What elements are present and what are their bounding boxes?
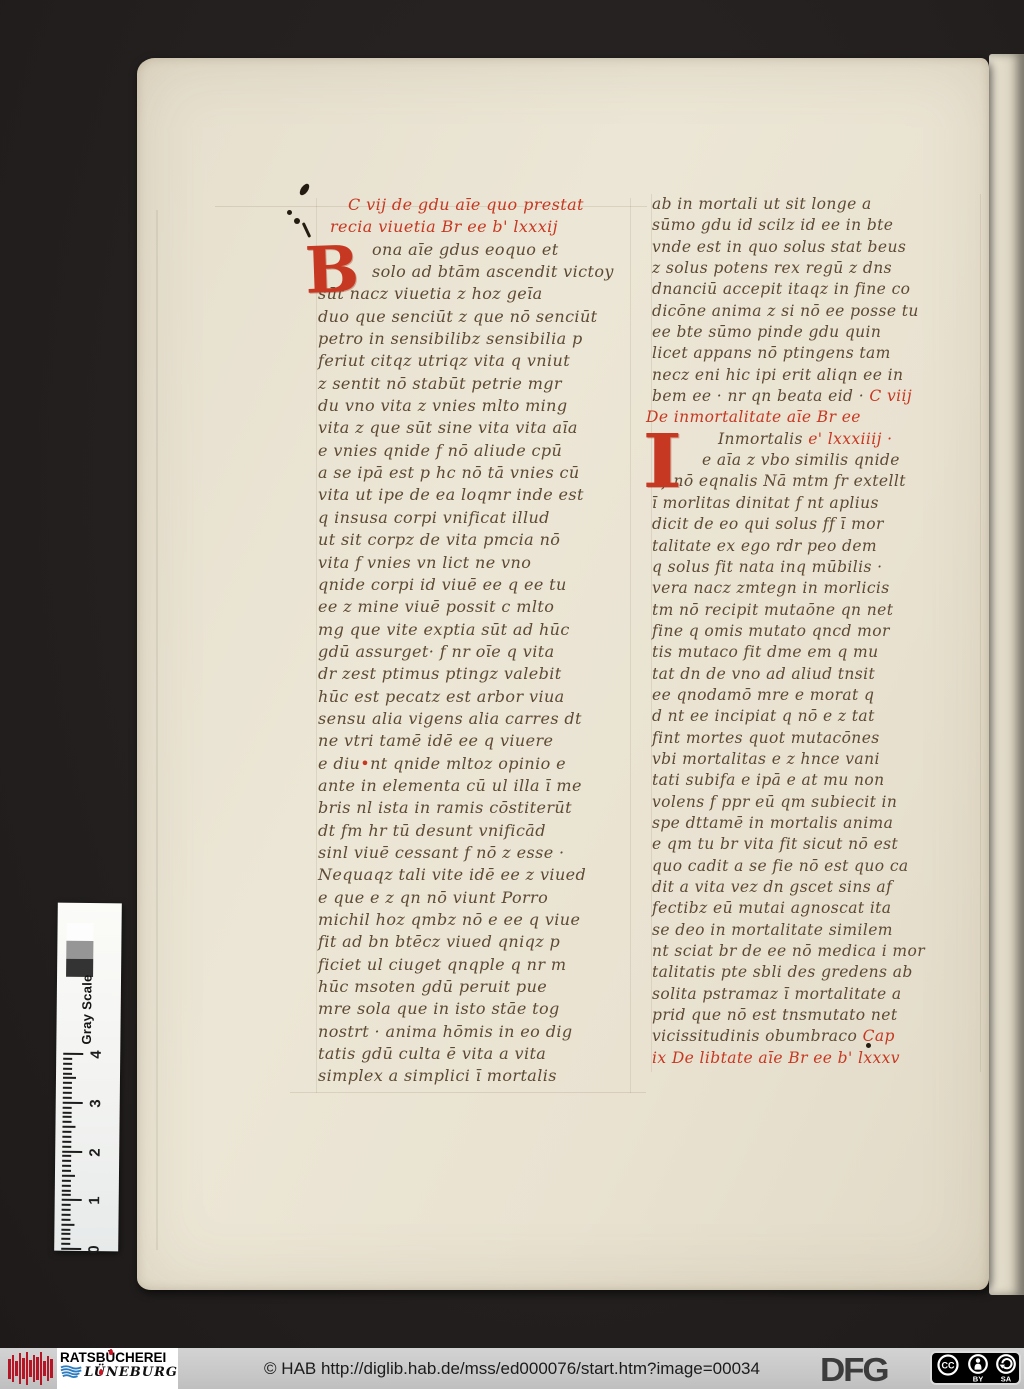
manuscript-line: simplex a simplici ī mortalis xyxy=(318,1065,648,1087)
ruler-tick xyxy=(63,1053,83,1055)
manuscript-line: ne vtri tamē idē ee q viuere xyxy=(318,730,648,752)
body-text: z solus potens rex regū z dns xyxy=(652,259,892,277)
ruler-tick xyxy=(63,1092,72,1094)
body-text: vita ut ipe de ea loqmr inde est xyxy=(318,485,584,504)
ruler-number: 1 xyxy=(86,1192,103,1210)
manuscript-line: tat dn de vno ad aliud tnsit xyxy=(652,664,988,685)
gray-scale-ruler: Gray Scale 43210 xyxy=(54,903,122,1252)
ruler-scale: 43210 xyxy=(61,1053,109,1253)
body-text: tis mutaco fit dme em q mu xyxy=(652,643,878,661)
red-umlaut-dot xyxy=(109,1349,113,1355)
body-text: solita pstramaz ī mortalitate a xyxy=(652,985,902,1003)
body-text: e diu xyxy=(318,754,360,773)
ruler-tick xyxy=(63,1116,72,1118)
next-page-edge xyxy=(989,54,1024,1295)
body-text: e que e z qn nō viunt Porro xyxy=(318,888,548,907)
open-book-icon xyxy=(60,1365,82,1380)
body-text: ī morlitas dinitat f nt aplius xyxy=(652,494,879,512)
manuscript-line: du vno vita z vnies mlto ming xyxy=(318,395,648,417)
body-text: dicit de eo qui solus ff ī mor xyxy=(652,515,884,533)
ink-blot xyxy=(287,210,292,215)
ruler-tick xyxy=(62,1189,71,1191)
ruler-number: 4 xyxy=(88,1045,105,1063)
body-text: ne vtri tamē idē ee q viuere xyxy=(318,731,553,750)
ruler-tick xyxy=(62,1184,71,1186)
body-text: vnde est in quo solus stat beus xyxy=(652,238,906,256)
manuscript-line: vbi mortalitas e z hnce vani xyxy=(652,749,988,770)
body-text: fit ad bn btēcz viued qniqz p xyxy=(318,932,560,951)
manuscript-line: d nt ee incipiat q nō e z tat xyxy=(652,706,988,727)
body-text: ee qnodamō mre e morat q xyxy=(652,686,874,704)
page-crease xyxy=(156,210,158,1250)
manuscript-line: nostrt · anima hōmis in eo dig xyxy=(318,1021,648,1043)
manuscript-line: bris nl ista in ramis cōstiterūt xyxy=(318,797,648,819)
body-text: vita f vnies vn lict ne vno xyxy=(318,553,531,572)
manuscript-line: e diu•nt qnide mltoz opinio e xyxy=(318,753,648,775)
body-text: petro in sensibilibz sensibilia p xyxy=(318,329,583,348)
manuscript-line: sensu alia vigens alia carres dt xyxy=(318,708,648,730)
manuscript-line: ee qnodamō mre e morat q xyxy=(652,685,988,706)
body-text: spe dttamē in mortalis anima xyxy=(652,814,893,832)
manuscript-line: prid que nō est tnsmutato net xyxy=(652,1005,988,1026)
manuscript-line: solo ad btām ascendit victoy xyxy=(372,261,648,283)
body-text: vita z que sūt sine vita vita aīa xyxy=(318,418,578,437)
manuscript-line: spe dttamē in mortalis anima xyxy=(652,813,988,834)
manuscript-line: ona aīe gdus eoquo et xyxy=(372,239,648,261)
body-text: vera nacz zmtegn in morlicis xyxy=(652,579,890,597)
manuscript-line: tati subifa e ipā e at mu non xyxy=(652,770,988,791)
ruler-tick xyxy=(63,1106,72,1108)
ruler-tick xyxy=(63,1067,72,1069)
manuscript-line: sinl viuē cessant f nō z esse · xyxy=(318,842,648,864)
manuscript-line: licet appans nō ptingens tam xyxy=(652,343,988,364)
ruler-tick xyxy=(62,1145,71,1147)
ruler-tick xyxy=(62,1179,71,1181)
ruler-tick xyxy=(61,1223,74,1225)
body-text: tatis gdū culta ē vita a vita xyxy=(318,1044,546,1063)
body-text: z sentit nō stabūt petrie mgr xyxy=(318,374,562,393)
body-text: bem ee · nr qn beata eid · xyxy=(652,387,869,405)
ruler-tick xyxy=(62,1204,71,1206)
body-text: solo ad btām ascendit victoy xyxy=(372,262,614,281)
manuscript-line: fine q omis mutato qncd mor xyxy=(652,621,988,642)
ruler-tick xyxy=(61,1228,70,1230)
manuscript-line: ī morlitas dinitat f nt aplius xyxy=(652,493,988,514)
cc-by-label: BY xyxy=(972,1375,982,1383)
body-text: tat dn de vno ad aliud tnsit xyxy=(652,665,875,683)
ruler-tick xyxy=(63,1077,76,1079)
manuscript-line: dnanciū accepit itaqz in fine co xyxy=(652,279,988,300)
body-text: nt qnide mltoz opinio e xyxy=(370,754,566,773)
manuscript-line: q insusa corpi vnificat illud xyxy=(318,507,648,529)
body-text: dt fm hr tū desunt vnificād xyxy=(318,821,546,840)
ruler-tick xyxy=(62,1136,71,1138)
body-text: bris nl ista in ramis cōstiterūt xyxy=(318,798,572,817)
body-text: volens f ppr eū qm subiecit in xyxy=(652,793,897,811)
ruler-tick xyxy=(63,1082,72,1084)
ruler-tick xyxy=(62,1175,75,1177)
ruler-tick xyxy=(62,1140,71,1142)
body-text: ab in mortali ut sit longe a xyxy=(652,195,872,213)
body-text: michil hoz qmbz nō e ee q viue xyxy=(318,910,580,929)
manuscript-line: C vij de gdu aīe quo prestat xyxy=(348,194,648,216)
ruler-tick xyxy=(61,1218,70,1220)
manuscript-line: vita f vnies vn lict ne vno xyxy=(318,552,648,574)
manuscript-line: petro in sensibilibz sensibilia p xyxy=(318,328,648,350)
illuminated-initial-i: I xyxy=(642,425,682,499)
manuscript-line: talitatis pte sbli des gredens ab xyxy=(652,962,988,983)
body-text: e aīa z vbo similis qnide xyxy=(702,451,900,469)
body-text: vicissitudinis obumbraco xyxy=(652,1027,863,1045)
manuscript-line: sūmo gdu id scilz id ee in bte xyxy=(652,215,988,236)
body-text: dr zest ptimus ptingz valebit xyxy=(318,664,562,683)
cc-license-badge: CC BY SA xyxy=(930,1351,1021,1385)
manuscript-line: Inmortalis e' lxxxiiij · xyxy=(718,429,988,450)
manuscript-line: mre sola que in isto stāe tog xyxy=(318,998,648,1020)
ruler-tick xyxy=(61,1248,81,1250)
manuscript-line: se deo in mortalitate similem xyxy=(652,920,988,941)
manuscript-line: sūt nacz viuetia z hoz geīa xyxy=(318,283,648,305)
body-text: ee z mine viuē possit c mlto xyxy=(318,597,554,616)
manuscript-line: dt fm hr tū desunt vnificād xyxy=(318,820,648,842)
manuscript-line: feriut citqz utriqz vita q vniut xyxy=(318,350,648,372)
body-text: ut sit corpz de vita pmcia nō xyxy=(318,530,560,549)
ruler-number: 2 xyxy=(87,1143,104,1161)
cc-by-icon: BY xyxy=(969,1355,987,1382)
body-text: q insusa corpi vnificat illud xyxy=(318,508,550,527)
body-text: licet appans nō ptingens tam xyxy=(652,344,891,362)
cc-sa-label: SA xyxy=(1000,1375,1011,1383)
manuscript-line: dicit de eo qui solus ff ī mor xyxy=(652,514,988,535)
manuscript-line: dicōne anima z si nō ee posse tu xyxy=(652,301,988,322)
body-text: talitate ex ego rdr peo dem xyxy=(652,537,877,555)
ruler-tick xyxy=(62,1160,71,1162)
ratsbuecherei-bars-icon xyxy=(8,1351,54,1386)
manuscript-line: duo que senciūt z que nō senciūt xyxy=(318,306,648,328)
body-text: se deo in mortalitate similem xyxy=(652,921,893,939)
body-text: fint mortes quot mutacōnes xyxy=(652,729,880,747)
ruler-tick xyxy=(61,1238,70,1240)
body-text: ficiet ul ciuget qnqple q nr m xyxy=(318,955,566,974)
manuscript-line: fit ad bn btēcz viued qniqz p xyxy=(318,931,648,953)
body-text: q solus fit nata inq mūbilis · xyxy=(652,558,883,576)
body-text: tati subifa e ipā e at mu non xyxy=(652,771,884,789)
copyright-link[interactable]: © HAB http://diglib.hab.de/mss/ed000076/… xyxy=(264,1359,760,1379)
body-text: tm nō recipit mutaōne qn net xyxy=(652,601,893,619)
body-text: du vno vita z vnies mlto ming xyxy=(318,396,568,415)
ruler-tick xyxy=(62,1155,71,1157)
ruler-tick xyxy=(63,1058,72,1060)
body-text: e qm tu br vita fit sicut nō est xyxy=(652,835,898,853)
body-text: ee bte sūmo pinde gdu quin xyxy=(652,323,881,341)
manuscript-line: vera nacz zmtegn in morlicis xyxy=(652,578,988,599)
rubric-text: recia viuetia Br ee b' lxxxij xyxy=(330,217,558,236)
rubric-text: C vij de gdu aīe quo prestat xyxy=(348,195,584,214)
ruler-tick xyxy=(63,1062,72,1064)
ruler-tick xyxy=(63,1072,72,1074)
body-text: sinl viuē cessant f nō z esse · xyxy=(318,843,565,862)
ruled-line xyxy=(316,198,317,1093)
manuscript-line: quo cadit a se fie nō est quo ca xyxy=(652,856,988,877)
body-text: dnanciū accepit itaqz in fine co xyxy=(652,280,910,298)
manuscript-line: e que e z qn nō viunt Porro xyxy=(318,887,648,909)
ruler-tick xyxy=(62,1199,82,1201)
manuscript-line: a se ipā est p hc nō tā vnies cū xyxy=(318,462,648,484)
body-text: vbi mortalitas e z hnce vani xyxy=(652,750,880,768)
body-text: sensu alia vigens alia carres dt xyxy=(318,709,582,728)
manuscript-line: ficiet ul ciuget qnqple q nr m xyxy=(318,954,648,976)
ink-blot xyxy=(294,218,300,224)
manuscript-line: e aīa z vbo similis qnide xyxy=(702,450,988,471)
body-text: nostrt · anima hōmis in eo dig xyxy=(318,1022,573,1041)
cc-label: CC xyxy=(941,1361,954,1371)
ruler-tick xyxy=(63,1101,83,1103)
gray-scale-label: Gray Scale xyxy=(79,963,95,1055)
ruler-tick xyxy=(62,1126,75,1128)
rubric-text: Cap xyxy=(863,1027,895,1045)
manuscript-line: recia viuetia Br ee b' lxxxij xyxy=(330,216,648,238)
manuscript-line: qnide corpi id viuē ee q ee tu xyxy=(318,574,648,596)
ruler-tick xyxy=(63,1111,72,1113)
gray-scale-patch xyxy=(66,923,93,941)
body-text: dicōne anima z si nō ee posse tu xyxy=(652,302,919,320)
body-text: talitatis pte sbli des gredens ab xyxy=(652,963,913,981)
body-text: mre sola que in isto stāe tog xyxy=(318,999,560,1018)
cc-icon: CC xyxy=(938,1356,957,1375)
library-logo: RATSBÜCHEREI LÜNEBURG xyxy=(57,1348,178,1389)
body-text: prid que nō est tnsmutato net xyxy=(652,1006,897,1024)
body-text: a se ipā est p hc nō tā vnies cū xyxy=(318,463,580,482)
manuscript-line: vita z que sūt sine vita vita aīa xyxy=(318,417,648,439)
manuscript-line: ee bte sūmo pinde gdu quin xyxy=(652,322,988,343)
manuscript-line: solita pstramaz ī mortalitate a xyxy=(652,984,988,1005)
manuscript-line: michil hoz qmbz nō e ee q viue xyxy=(318,909,648,931)
library-name: RATSBÜCHEREI xyxy=(60,1350,178,1365)
ruler-tick xyxy=(62,1170,71,1172)
manuscript-line: gdū assurget· f nr oīe q vita xyxy=(318,641,648,663)
body-text: Nequaqz tali vite idē ee z viued xyxy=(318,865,586,884)
body-text: Inmortalis xyxy=(718,430,808,448)
manuscript-line: e qm tu br vita fit sicut nō est xyxy=(652,834,988,855)
body-text: mg que vite exptia sūt ad hūc xyxy=(318,620,570,639)
ruler-tick xyxy=(62,1209,71,1211)
manuscript-line: ab in mortali ut sit longe a xyxy=(652,194,988,215)
ruler-number: 3 xyxy=(87,1094,104,1112)
manuscript-line: ix De libtate aīe Br ee b' lxxxv xyxy=(652,1048,988,1069)
manuscript-line: tis mutaco fit dme em q mu xyxy=(652,642,988,663)
body-text: gdū assurget· f nr oīe q vita xyxy=(318,642,555,661)
body-text: duo que senciūt z que nō senciūt xyxy=(318,307,598,326)
ruler-tick xyxy=(62,1150,82,1152)
manuscript-line: e vnies qnide f nō aliude cpū xyxy=(318,440,648,462)
body-text: f nō eqnalis Nā mtm fr extellt xyxy=(662,472,906,490)
body-text: dit a vita vez dn gscet sins af xyxy=(652,878,892,896)
manuscript-line: tm nō recipit mutaōne qn net xyxy=(652,600,988,621)
ruler-tick xyxy=(63,1097,72,1099)
red-umlaut-dot xyxy=(99,1369,103,1375)
manuscript-line: vita ut ipe de ea loqmr inde est xyxy=(318,484,648,506)
manuscript-line: dit a vita vez dn gscet sins af xyxy=(652,877,988,898)
manuscript-column-left: C vij de gdu aīe quo prestatrecia viueti… xyxy=(318,194,648,1088)
manuscript-line: dr zest ptimus ptingz valebit xyxy=(318,663,648,685)
manuscript-line: fint mortes quot mutacōnes xyxy=(652,728,988,749)
rubric-text: • xyxy=(360,754,370,773)
manuscript-line: ut sit corpz de vita pmcia nō xyxy=(318,529,648,551)
body-text: fine q omis mutato qncd mor xyxy=(652,622,890,640)
manuscript-line: q solus fit nata inq mūbilis · xyxy=(652,557,988,578)
body-text: hūc est pecatz est arbor viua xyxy=(318,687,565,706)
rubric-text: ix De libtate aīe Br ee b' lxxxv xyxy=(652,1049,900,1067)
body-text: qnide corpi id viuē ee q ee tu xyxy=(318,575,567,594)
ruler-tick xyxy=(61,1233,70,1235)
ruler-tick xyxy=(62,1214,71,1216)
manuscript-line: volens f ppr eū qm subiecit in xyxy=(652,792,988,813)
manuscript-line: z sentit nō stabūt petrie mgr xyxy=(318,373,648,395)
body-text: sūmo gdu id scilz id ee in bte xyxy=(652,216,893,234)
manuscript-line: De inmortalitate aīe Br ee xyxy=(646,407,988,428)
body-text: fectibz eū mutai agnoscat ita xyxy=(652,899,891,917)
footer-bar: RATSBÜCHEREI LÜNEBURG © HAB http://digli… xyxy=(0,1348,1024,1389)
cc-sa-icon: SA xyxy=(997,1355,1015,1382)
manuscript-line: vnde est in quo solus stat beus xyxy=(652,237,988,258)
manuscript-line: hūc msoten gdū peruit pue xyxy=(318,976,648,998)
body-text: feriut citqz utriqz vita q vniut xyxy=(318,351,570,370)
ruler-tick xyxy=(63,1121,72,1123)
manuscript-line: vicissitudinis obumbraco Cap xyxy=(652,1026,988,1047)
manuscript-line: f nō eqnalis Nā mtm fr extellt xyxy=(662,471,988,492)
ruler-tick xyxy=(62,1131,71,1133)
ruler-number: 0 xyxy=(86,1240,103,1258)
dfg-logo: DFG xyxy=(820,1351,887,1389)
ruler-tick xyxy=(61,1243,70,1245)
body-text: simplex a simplici ī mortalis xyxy=(318,1066,557,1085)
manuscript-line: fectibz eū mutai agnoscat ita xyxy=(652,898,988,919)
rubric-text: e' lxxxiiij · xyxy=(808,430,892,448)
body-text: nt sciat br de ee nō medica i mor xyxy=(652,942,925,960)
rubric-text: C viij xyxy=(869,387,912,405)
manuscript-line: nt sciat br de ee nō medica i mor xyxy=(652,941,988,962)
manuscript-line: ante in elementa cū ul illa ī me xyxy=(318,775,648,797)
ruler-tick xyxy=(63,1087,72,1089)
manuscript-line: Nequaqz tali vite idē ee z viued xyxy=(318,864,648,886)
manuscript-line: necz eni hic ipi erit aliqn ee in xyxy=(652,365,988,386)
body-text: quo cadit a se fie nō est quo ca xyxy=(652,857,909,875)
manuscript-line: mg que vite exptia sūt ad hūc xyxy=(318,619,648,641)
manuscript-line: z solus potens rex regū z dns xyxy=(652,258,988,279)
manuscript-column-right: ab in mortali ut sit longe asūmo gdu id … xyxy=(652,194,988,1069)
body-text: ante in elementa cū ul illa ī me xyxy=(318,776,582,795)
manuscript-line: talitate ex ego rdr peo dem xyxy=(652,536,988,557)
gray-scale-patch xyxy=(66,941,93,959)
ruler-tick xyxy=(62,1194,71,1196)
ruled-line xyxy=(290,1092,646,1093)
ruler-tick xyxy=(62,1165,71,1167)
body-text: d nt ee incipiat q nō e z tat xyxy=(652,707,875,725)
body-text: e vnies qnide f nō aliude cpū xyxy=(318,441,562,460)
illuminated-initial-b: B xyxy=(304,238,360,304)
manuscript-line: tatis gdū culta ē vita a vita xyxy=(318,1043,648,1065)
manuscript-line: hūc est pecatz est arbor viua xyxy=(318,686,648,708)
manuscript-line: bem ee · nr qn beata eid · C viij xyxy=(652,386,988,407)
body-text: hūc msoten gdū peruit pue xyxy=(318,977,547,996)
manuscript-line: ee z mine viuē possit c mlto xyxy=(318,596,648,618)
body-text: ona aīe gdus eoquo et xyxy=(372,240,559,259)
body-text: necz eni hic ipi erit aliqn ee in xyxy=(652,366,903,384)
